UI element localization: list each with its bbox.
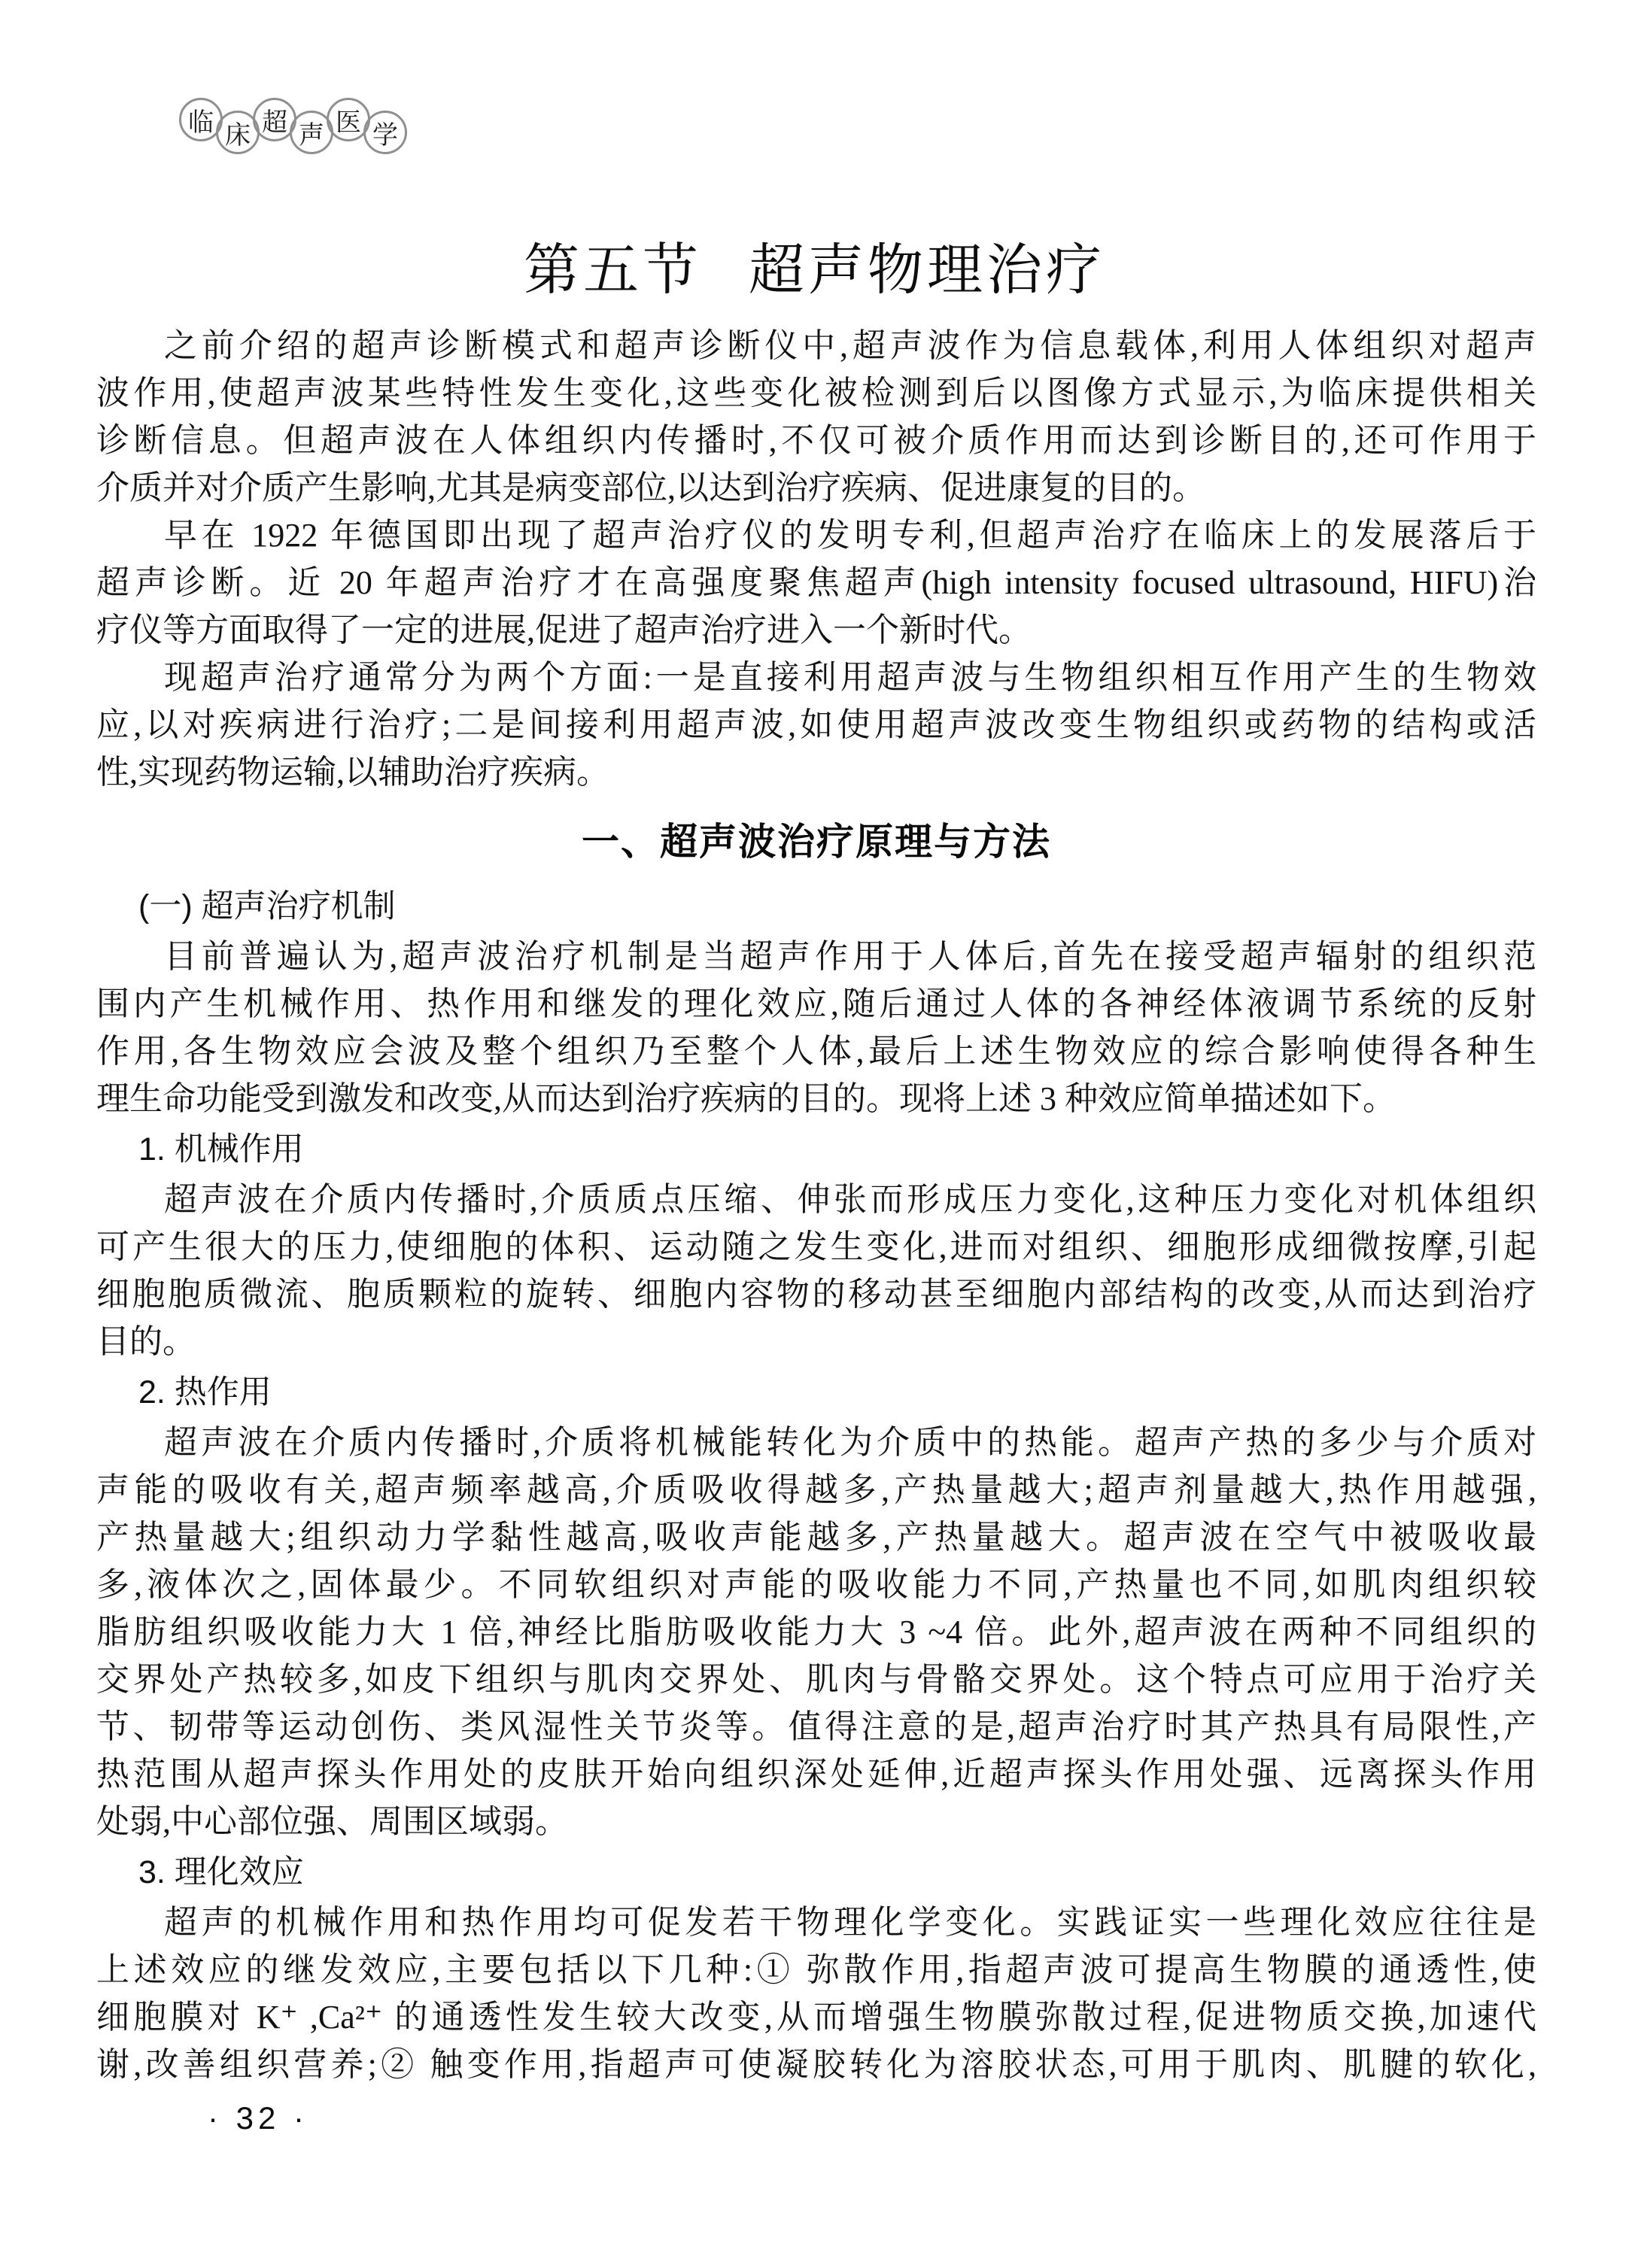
- text-line: 疗仪等方面取得了一定的进展,促进了超声治疗进入一个新时代。: [96, 606, 1536, 654]
- text-line: 波作用,使超声波某些特性发生变化,这些变化被检测到后以图像方式显示,为临床提供相…: [96, 369, 1536, 417]
- text-line: 细胞膜对 K⁺ ,Ca²⁺ 的通透性发生较大改变,从而增强生物膜弥散过程,促进物…: [96, 1993, 1536, 2041]
- text-line: 现超声治疗通常分为两个方面:一是直接利用超声波与生物组织相互作用产生的生物效: [96, 654, 1536, 701]
- text-line: 产热量越大;组织动力学黏性越高,吸收声能越多,产热量越大。超声波在空气中被吸收最: [96, 1514, 1536, 1561]
- text-line: 围内产生机械作用、热作用和继发的理化效应,随后通过人体的各神经体液调节系统的反射: [96, 980, 1536, 1028]
- text-line: 热范围从超声探头作用处的皮肤开始向组织深处延伸,近超声探头作用处强、远离探头作用: [96, 1750, 1536, 1798]
- text-line: 处弱,中心部位强、周围区域弱。: [96, 1798, 1536, 1845]
- text-line: 声能的吸收有关,超声频率越高,介质吸收得越多,产热量越大;超声剂量越大,热作用越…: [96, 1466, 1536, 1514]
- logo-char: 学: [363, 111, 407, 154]
- paragraph-thermal: 超声波在介质内传播时,介质将机械能转化为介质中的热能。超声产热的多少与介质对 声…: [96, 1419, 1536, 1845]
- paragraph-physicochemical: 超声的机械作用和热作用均可促发若干物理化学变化。实践证实一些理化效应往往是 上述…: [96, 1899, 1536, 2088]
- text-line: 谢,改善组织营养;② 触变作用,指超声可使凝胶转化为溶胶状态,可用于肌肉、肌腱的…: [96, 2041, 1536, 2088]
- text-line: 目的。: [96, 1318, 1536, 1365]
- subsection-heading-physicochemical: 3. 理化效应: [96, 1849, 1536, 1896]
- text-line: 应,以对疾病进行治疗;二是间接利用超声波,如使用超声波改变生物组织或药物的结构或…: [96, 701, 1536, 748]
- text-line: 理生命功能受到激发和改变,从而达到治疗疾病的目的。现将上述 3 种效应简单描述如…: [96, 1075, 1536, 1122]
- subsection-heading-thermal: 2. 热作用: [96, 1369, 1536, 1416]
- chapter-title-number: 第五节: [524, 240, 702, 302]
- chapter-title-text: 超声物理治疗: [749, 240, 1105, 302]
- text-line: 上述效应的继发效应,主要包括以下几种:① 弥散作用,指超声波可提高生物膜的通透性…: [96, 1946, 1536, 1993]
- text-line: 介质并对介质产生影响,尤其是病变部位,以达到治疗疾病、促进康复的目的。: [96, 464, 1536, 512]
- subsection-heading-mechanism: (一) 超声治疗机制: [96, 883, 1536, 931]
- subsection-heading-mechanical: 1. 机械作用: [96, 1126, 1536, 1173]
- text-line: 作用,各生物效应会波及整个组织乃至整个人体,最后上述生物效应的综合影响使得各种生: [96, 1028, 1536, 1075]
- text-line: 超声波在介质内传播时,介质将机械能转化为介质中的热能。超声产热的多少与介质对: [96, 1419, 1536, 1466]
- text-line: 超声诊断。近 20 年超声治疗才在高强度聚焦超声(high intensity …: [96, 559, 1536, 606]
- paragraph-two-aspects: 现超声治疗通常分为两个方面:一是直接利用超声波与生物组织相互作用产生的生物效 应…: [96, 654, 1536, 796]
- text-line: 交界处产热较多,如皮下组织与肌肉交界处、肌肉与骨骼交界处。这个特点可应用于治疗关: [96, 1656, 1536, 1703]
- paragraph-intro: 之前介绍的超声诊断模式和超声诊断仪中,超声波作为信息载体,利用人体组织对超声 波…: [96, 322, 1536, 512]
- text-line: 可产生很大的压力,使细胞的体积、运动随之发生变化,进而对组织、细胞形成细微按摩,…: [96, 1223, 1536, 1271]
- text-line: 细胞胞质微流、胞质颗粒的旋转、细胞内容物的移动甚至细胞内部结构的改变,从而达到治…: [96, 1271, 1536, 1318]
- text-line: 之前介绍的超声诊断模式和超声诊断仪中,超声波作为信息载体,利用人体组织对超声: [96, 322, 1536, 369]
- paragraph-history: 早在 1922 年德国即出现了超声治疗仪的发明专利,但超声治疗在临床上的发展落后…: [96, 512, 1536, 654]
- paragraph-mechanism: 目前普遍认为,超声波治疗机制是当超声作用于人体后,首先在接受超声辐射的组织范 围…: [96, 933, 1536, 1122]
- text-line: 早在 1922 年德国即出现了超声治疗仪的发明专利,但超声治疗在临床上的发展落后…: [96, 512, 1536, 559]
- text-line: 诊断信息。但超声波在人体组织内传播时,不仅可被介质作用而达到诊断目的,还可作用于: [96, 417, 1536, 464]
- text-line: 节、韧带等运动创伤、类风湿性关节炎等。值得注意的是,超声治疗时其产热具有局限性,…: [96, 1703, 1536, 1750]
- text-line: 脂肪组织吸收能力大 1 倍,神经比脂肪吸收能力大 3 ~4 倍。此外,超声波在两…: [96, 1608, 1536, 1656]
- text-line: 性,实现药物运输,以辅助治疗疾病。: [96, 748, 1536, 796]
- text-line: 多,液体次之,固体最少。不同软组织对声能的吸收能力不同,产热量也不同,如肌肉组织…: [96, 1561, 1536, 1608]
- book-logo: 临 床 超 声 医 学: [179, 98, 407, 141]
- page-body: 之前介绍的超声诊断模式和超声诊断仪中,超声波作为信息载体,利用人体组织对超声 波…: [96, 322, 1536, 2088]
- text-line: 目前普遍认为,超声波治疗机制是当超声作用于人体后,首先在接受超声辐射的组织范: [96, 933, 1536, 980]
- chapter-title: 第五节超声物理治疗: [0, 226, 1629, 305]
- text-line: 超声波在介质内传播时,介质质点压缩、伸张而形成压力变化,这种压力变化对机体组织: [96, 1176, 1536, 1223]
- paragraph-mechanical: 超声波在介质内传播时,介质质点压缩、伸张而形成压力变化,这种压力变化对机体组织 …: [96, 1176, 1536, 1365]
- text-line: 超声的机械作用和热作用均可促发若干物理化学变化。实践证实一些理化效应往往是: [96, 1899, 1536, 1946]
- section-heading: 一、超声波治疗原理与方法: [96, 815, 1536, 868]
- logo-char: 床: [216, 111, 260, 154]
- page-number: · 32 ·: [208, 2100, 308, 2136]
- logo-char: 声: [290, 111, 333, 154]
